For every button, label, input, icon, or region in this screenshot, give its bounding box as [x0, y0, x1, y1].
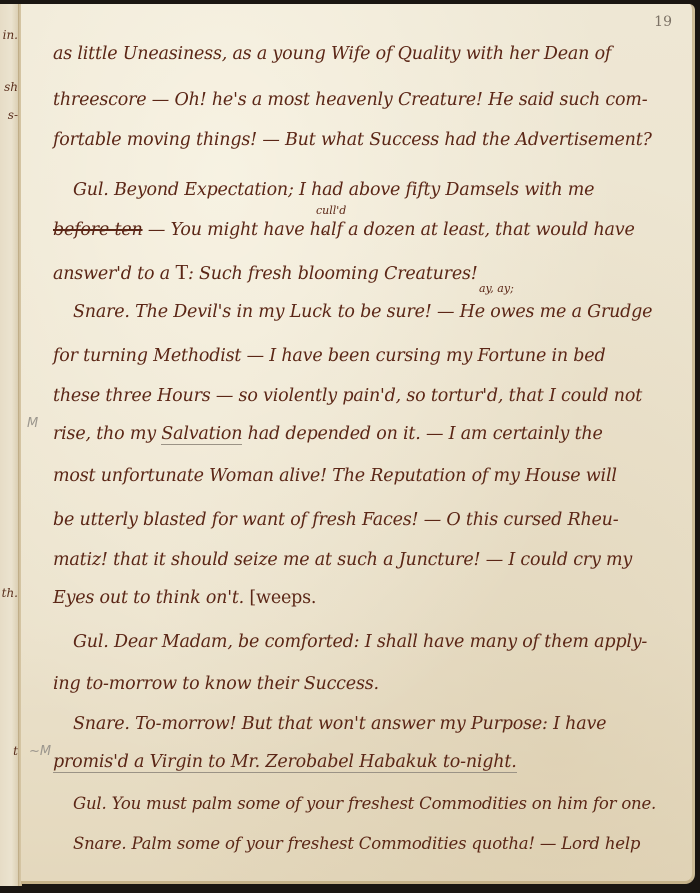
line-text: rise, tho my — [53, 424, 156, 444]
text-line: for turning Methodist — I have been curs… — [53, 346, 605, 366]
speaker-name: Snare. — [73, 834, 126, 853]
line-text: fortable moving things! — But what Succe… — [53, 130, 652, 150]
text-line: as little Uneasiness, as a young Wife of… — [53, 44, 611, 64]
line-text: threescore — Oh! he's a most heavenly Cr… — [53, 90, 647, 110]
dialogue-line: Snare. Palm some of your freshest Commod… — [73, 834, 640, 853]
text-line: Eyes out to think on't. [weeps. — [53, 588, 316, 608]
pencil-margin-mark: M — [27, 416, 38, 431]
manuscript-page: 19 as little Uneasiness, as a young Wife… — [21, 4, 695, 884]
text-line: answer'd to a T: Such fresh blooming Cre… — [53, 260, 478, 285]
line-text: — You might have half a dozen at least, … — [148, 220, 635, 240]
line-text: Beyond Expectation; I had above fifty Da… — [114, 180, 594, 200]
text-line: ing to-morrow to know their Success. — [53, 674, 379, 694]
line-text: Eyes out to think on't. — [53, 588, 244, 608]
line-text: ing to-morrow to know their Success. — [53, 674, 379, 694]
line-text: : Such fresh blooming Creatures! — [188, 264, 478, 284]
pencil-margin-mark: ~M — [29, 744, 51, 759]
manuscript-viewer: in. sh s- th. t 19 as little Uneasiness,… — [0, 0, 700, 893]
dialogue-line: Snare. The Devil's in my Luck to be sure… — [73, 302, 652, 322]
dialogue-line: Snare. To-morrow! But that won't answer … — [73, 714, 606, 734]
previous-page-edge: in. sh s- th. t — [0, 4, 20, 886]
speaker-name: Snare. — [73, 714, 130, 734]
margin-fragment: sh — [0, 80, 20, 94]
margin-fragment: s- — [0, 108, 20, 122]
line-text: as little Uneasiness, as a young Wife of… — [53, 44, 611, 64]
dialogue-line: Gul. Dear Madam, be comforted: I shall h… — [73, 632, 647, 652]
text-line: most unfortunate Woman alive! The Reputa… — [53, 466, 617, 486]
folio-number: 19 — [654, 14, 672, 30]
emphasis-letter: T — [175, 260, 188, 284]
line-text: matiz! that it should seize me at such a… — [53, 550, 632, 570]
text-line: matiz! that it should seize me at such a… — [53, 550, 632, 570]
text-line: rise, tho my Salvation had depended on i… — [53, 424, 603, 444]
struck-text: before ten — [53, 220, 143, 240]
text-line: these three Hours — so violently pain'd,… — [53, 386, 642, 406]
line-text: You must palm some of your freshest Comm… — [112, 794, 657, 813]
line-text: these three Hours — so violently pain'd,… — [53, 386, 642, 406]
text-line: threescore — Oh! he's a most heavenly Cr… — [53, 90, 647, 110]
dialogue-line: Gul. You must palm some of your freshest… — [73, 794, 656, 813]
line-text: Palm some of your freshest Commodities q… — [132, 834, 641, 853]
line-text: To-morrow! But that won't answer my Purp… — [135, 714, 606, 734]
interlinear-insertion: cull'd — [316, 204, 346, 217]
speaker-name: Snare. — [73, 302, 130, 322]
line-text: be utterly blasted for want of fresh Fac… — [53, 510, 618, 530]
line-text: The Devil's in my Luck to be sure! — He … — [135, 302, 652, 322]
stage-direction: [weeps. — [249, 588, 316, 608]
line-text: for turning Methodist — I have been curs… — [53, 346, 605, 366]
text-line: before ten — You might have half a dozen… — [53, 220, 635, 240]
speaker-name: Gul. — [73, 632, 109, 652]
margin-fragment: in. — [0, 28, 20, 42]
margin-fragment: t — [0, 744, 20, 758]
line-text: answer'd to a — [53, 264, 170, 284]
interlinear-insertion: ay, ay; — [479, 282, 514, 295]
underlined-word: Salvation — [161, 424, 242, 445]
speaker-name: Gul. — [73, 180, 109, 200]
line-text: Dear Madam, be comforted: I shall have m… — [114, 632, 647, 652]
line-text: most unfortunate Woman alive! The Reputa… — [53, 466, 617, 486]
text-line: be utterly blasted for want of fresh Fac… — [53, 510, 618, 530]
speaker-name: Gul. — [73, 794, 107, 813]
line-text: had depended on it. — I am certainly the — [248, 424, 603, 444]
text-line: fortable moving things! — But what Succe… — [53, 130, 652, 150]
text-line: promis'd a Virgin to Mr. Zerobabel Habak… — [53, 752, 517, 772]
dialogue-line: Gul. Beyond Expectation; I had above fif… — [73, 180, 594, 200]
margin-fragment: th. — [0, 586, 20, 600]
line-text: promis'd a Virgin to Mr. Zerobabel Habak… — [53, 752, 517, 773]
